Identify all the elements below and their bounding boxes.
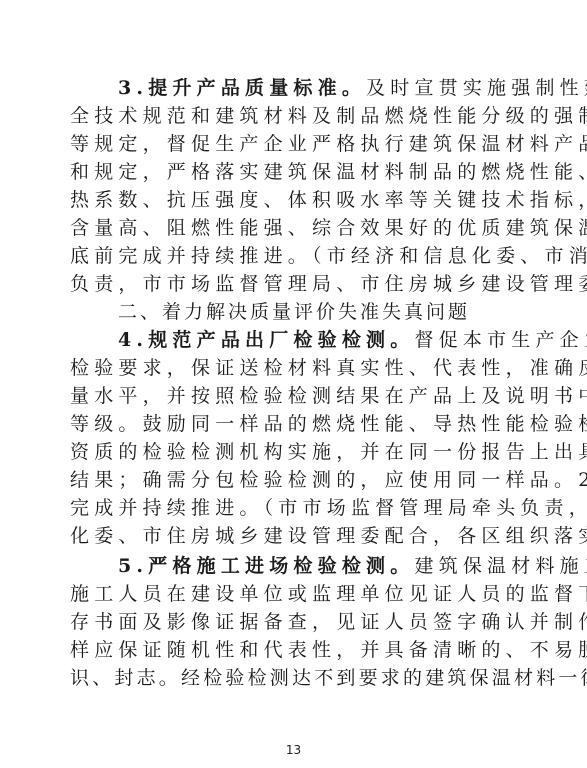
paragraph-line: 等规定，督促生产企业严格执行建筑保温材料产品质量国家标准 [70,130,518,158]
section-5-text: 建筑保温材料施工进场后，督促 [414,555,587,577]
document-page: 3.提升产品质量标准。及时宣贯实施强制性建筑保温材料安 全技术规范和建筑材料及制… [0,0,587,768]
paragraph-line: 资质的检验检测机构实施，并在同一份报告上出具相关检验检测 [70,438,518,466]
paragraph-line: 施工人员在建设单位或监理单位见证人员的监督下现场取样，留 [70,580,518,608]
section-3-heading: 3.提升产品质量标准。 [118,77,366,99]
paragraph-line: 和规定，严格落实建筑保温材料制品的燃烧性能、烟气毒性、导 [70,158,518,186]
paragraph-line: 等级。鼓励同一样品的燃烧性能、导热性能检验检测由同一具有 [70,410,518,438]
chapter-2-title: 二、着力解决质量评价失准失真问题 [118,298,518,326]
section-3-first-line: 3.提升产品质量标准。及时宣贯实施强制性建筑保温材料安 [118,74,518,102]
paragraph-line: 含量高、阻燃性能强、综合效果好的优质建筑保温材料。2025 年 [70,214,518,242]
paragraph-line: 完成并持续推进。（市市场监督管理局牵头负责，市经济和信息 [70,494,518,522]
section-5-first-line: 5.严格施工进场检验检测。建筑保温材料施工进场后，督促 [118,552,518,580]
paragraph-line: 热系数、抗压强度、体积吸水率等关键技术指标，鼓励推广技术 [70,186,518,214]
paragraph-line: 存书面及影像证据备查，见证人员签字确认并制作见证记录。取 [70,608,518,636]
paragraph-line: 识、封志。经检验检测达不到要求的建筑保温材料一律不得使用。 [70,664,518,692]
paragraph-line: 样应保证随机性和代表性，并具备清晰的、不易脱落的唯一性标 [70,636,518,664]
paragraph-line: 结果；确需分包检验检测的，应使用同一样品。2025 年 6 月底前 [70,466,518,494]
section-4-first-line: 4.规范产品出厂检验检测。督促本市生产企业严格产品出厂 [118,326,518,354]
paragraph-line: 全技术规范和建筑材料及制品燃烧性能分级的强制性国家标准 [70,102,518,130]
section-4-text: 督促本市生产企业严格产品出厂 [414,329,587,351]
page-number: 13 [0,743,587,757]
paragraph-line: 检验要求，保证送检材料真实性、代表性，准确反映产品整体质 [70,354,518,382]
section-5-heading: 5.严格施工进场检验检测。 [118,555,414,577]
section-3-text: 及时宣贯实施强制性建筑保温材料安 [366,77,587,99]
paragraph-line: 负责，市市场监督管理局、市住房城乡建设管理委配合） [70,270,518,298]
section-4-heading: 4.规范产品出厂检验检测。 [118,329,414,351]
paragraph-line: 量水平，并按照检验检测结果在产品上及说明书中标注燃烧性能 [70,382,518,410]
paragraph-line: 底前完成并持续推进。（市经济和信息化委、市消防救援局牵头 [70,242,518,270]
paragraph-line: 化委、市住房城乡建设管理委配合，各区组织落实） [70,522,518,550]
